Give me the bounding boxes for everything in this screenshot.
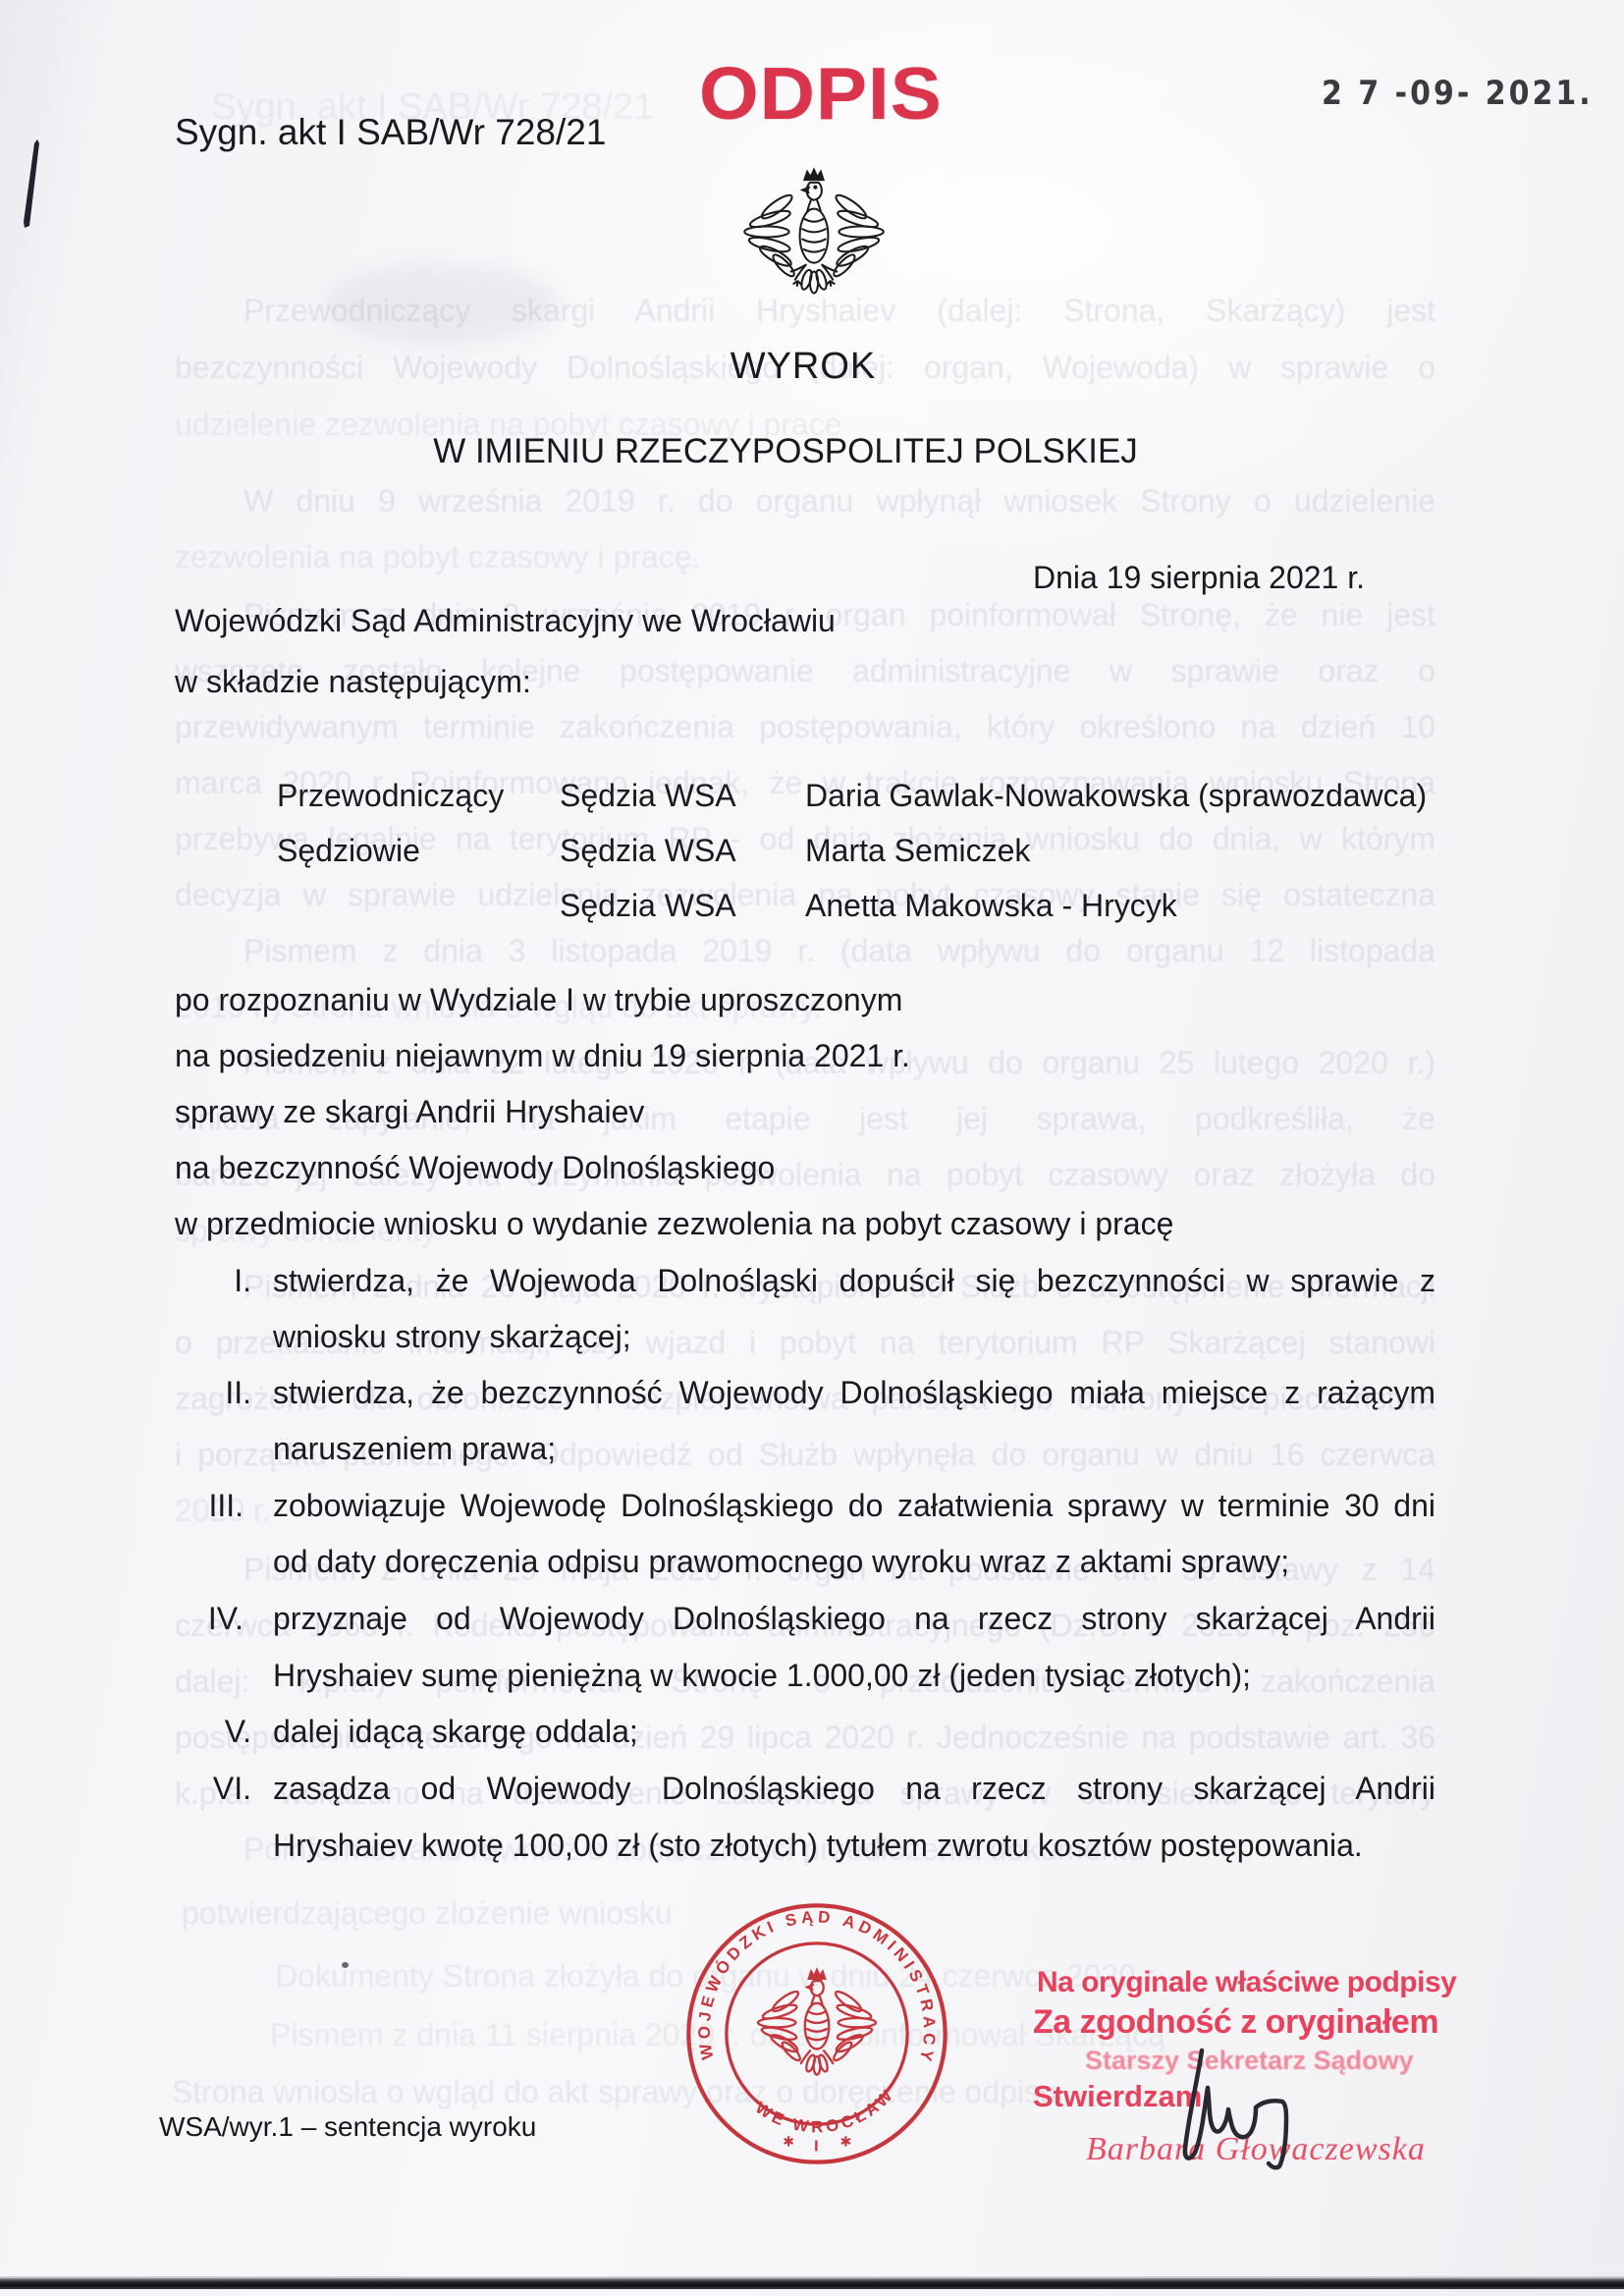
court-name: Wojewódzki Sąd Administracyjny we Wrocła…	[175, 601, 836, 640]
panel-judge-title: Sędzia WSA	[560, 831, 736, 870]
scan-edge-line	[0, 2278, 1624, 2289]
bleed-through-line: Pismem z dnia 3 listopada 2019 r. (data …	[244, 931, 1435, 970]
ruling-numeral: VI.	[175, 1769, 251, 1808]
handwritten-signature	[1174, 2045, 1317, 2172]
panel-role: Przewodniczący	[277, 776, 504, 815]
recital-line: sprawy ze skargi Andrii Hryshaiev	[175, 1092, 644, 1131]
ruling-text: Hryshaiev sumę pieniężną w kwocie 1.000,…	[273, 1656, 1251, 1695]
panel-intro: w składzie następującym:	[175, 662, 531, 701]
recital-line: na posiedzeniu niejawnym w dniu 19 sierp…	[175, 1036, 910, 1075]
ruling-text: stwierdza, że Wojewoda Dolnośląski dopuś…	[273, 1261, 1435, 1300]
panel-judge-name: Daria Gawlak-Nowakowska (sprawozdawca)	[805, 776, 1427, 815]
ruling-numeral: III.	[167, 1486, 244, 1525]
seal-star-right: ✱	[840, 2134, 852, 2150]
received-date-stamp: 2 7 -09- 2021.	[1322, 75, 1594, 113]
polish-eagle-emblem	[739, 165, 889, 320]
ruling-text: od daty doręczenia odpisu prawomocnego w…	[273, 1542, 1289, 1581]
ruling-numeral: I.	[175, 1261, 251, 1300]
bleed-through-line: W dniu 9 września 2019 r. do organu wpły…	[244, 481, 1435, 520]
panel-role: Sędziowie	[277, 831, 420, 870]
ruling-text: stwierdza, że bezczynność Wojewody Dolno…	[273, 1373, 1435, 1412]
seal-star-left: ✱	[783, 2134, 794, 2150]
odpis-copy-stamp: ODPIS	[699, 51, 925, 137]
ruling-text: zobowiązuje Wojewodę Dolnośląskiego do z…	[273, 1486, 1435, 1525]
ruling-numeral: IV.	[167, 1599, 244, 1638]
court-round-seal: WOJEWÓDZKI SĄD ADMINISTRACYJNY WE WROCŁA…	[678, 1895, 955, 2172]
certification-line: Za zgodność z oryginałem	[1033, 2001, 1438, 2044]
recital-line: na bezczynność Wojewody Dolnośląskiego	[175, 1148, 775, 1187]
form-code: WSA/wyr.1 – sentencja wyroku	[159, 2111, 536, 2143]
judgment-subtitle: W IMIENIU RZECZYPOSPOLITEJ POLSKIEJ	[0, 430, 1597, 473]
bleed-through-line: potwierdzającego złożenie wniosku	[182, 1893, 673, 1933]
recital-line: po rozpoznaniu w Wydziale I w trybie upr…	[175, 980, 902, 1019]
panel-judge-name: Anetta Makowska - Hrycyk	[805, 886, 1177, 925]
judgment-title: WYROK	[0, 344, 1615, 391]
ruling-text: zasądza od Wojewody Dolnośląskiego na rz…	[273, 1769, 1435, 1808]
ruling-text: przyznaje od Wojewody Dolnośląskiego na …	[273, 1599, 1435, 1638]
ruling-text: Hryshaiev kwotę 100,00 zł (sto złotych) …	[273, 1826, 1363, 1865]
bleed-through-line: zezwolenia na pobyt czasowy i pracę.	[175, 537, 700, 576]
scanned-court-judgment-page: Sygn. akt I SAB/Wr 728/21 Przewodniczący…	[0, 0, 1624, 2296]
judgment-date: Dnia 19 sierpnia 2021 r.	[1011, 558, 1365, 597]
ruling-text: dalej idącą skargę oddala;	[273, 1712, 638, 1751]
ruling-numeral: II.	[175, 1373, 251, 1412]
panel-judge-name: Marta Semiczek	[805, 831, 1030, 870]
ruling-text: naruszeniem prawa;	[273, 1429, 556, 1468]
certification-line: Na oryginale właściwe podpisy	[1037, 1964, 1456, 2001]
case-number: Sygn. akt I SAB/Wr 728/21	[175, 110, 606, 155]
panel-judge-title: Sędzia WSA	[560, 776, 736, 815]
bleed-through-line: przewidywanym terminie zakończenia postę…	[175, 707, 1435, 746]
ruling-text: wniosku strony skarżącej;	[273, 1317, 631, 1356]
recital-line: w przedmiocie wniosku o wydanie zezwolen…	[175, 1204, 1173, 1243]
panel-judge-title: Sędzia WSA	[560, 886, 736, 925]
ruling-numeral: V.	[175, 1712, 251, 1751]
pen-stroke-mark	[14, 137, 53, 231]
seal-chamber-number: I	[814, 2138, 818, 2155]
